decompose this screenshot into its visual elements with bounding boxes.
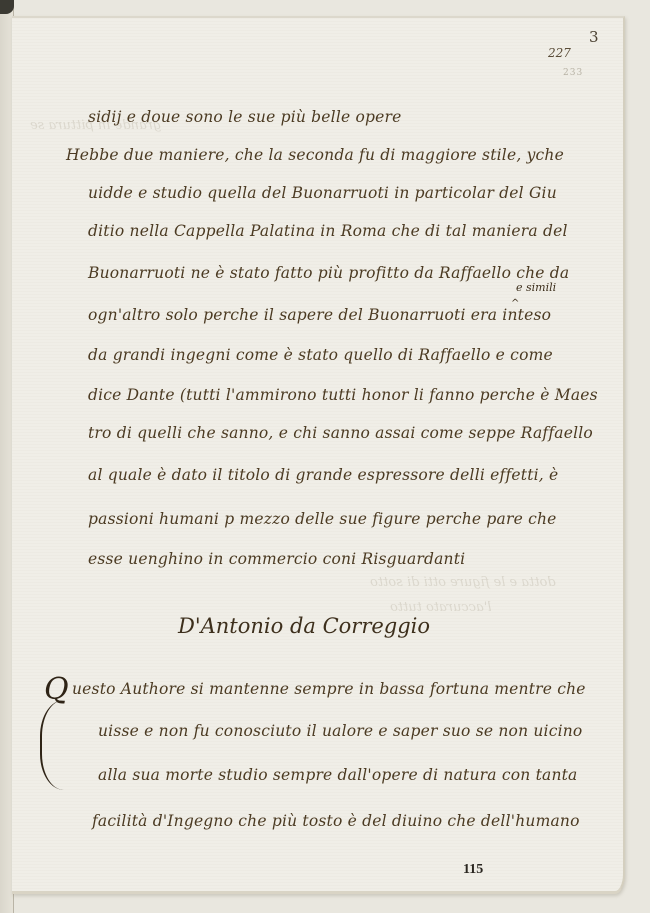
- section-heading: D'Antonio da Correggio: [178, 614, 430, 638]
- text-line: ditio nella Cappella Palatina in Roma ch…: [88, 222, 568, 240]
- text-line: uesto Authore si mantenne sempre in bass…: [72, 680, 586, 698]
- folio-number: 3: [589, 28, 599, 46]
- text-line: uidde e studio quella del Buonarruoti in…: [88, 184, 557, 202]
- archive-stamp-number: 115: [463, 862, 483, 878]
- old-folio-number: 227: [548, 46, 571, 60]
- bleed-through-text: l'accurato tutto: [390, 600, 491, 615]
- text-line: dice Dante (tutti l'ammirono tutti honor…: [88, 386, 598, 404]
- faint-folio-number: 233: [563, 68, 583, 78]
- text-line: tro di quelli che sanno, e chi sanno ass…: [88, 424, 593, 442]
- text-line: Buonarruoti ne è stato fatto più profitt…: [88, 264, 569, 282]
- text-line: da grandi ingegni come è stato quello di…: [88, 346, 553, 364]
- text-line: uisse e non fu conosciuto il ualore e sa…: [98, 722, 582, 740]
- text-line: sidij e doue sono le sue più belle opere: [88, 108, 402, 126]
- text-line: al quale è dato il titolo di grande espr…: [88, 466, 558, 484]
- bleed-through-text: dotta e le figure otti di sotto: [370, 575, 556, 590]
- text-line: facilità d'Ingegno che più tosto è del d…: [92, 812, 580, 830]
- manuscript-scan: grande in pittura se dotta e le figure o…: [0, 0, 650, 913]
- text-line: passioni humani p mezzo delle sue figure…: [88, 510, 557, 528]
- text-line: ogn'altro solo perche il sapere del Buon…: [88, 306, 551, 324]
- interlinear-insertion: e simili: [516, 281, 556, 294]
- text-line: alla sua morte studio sempre dall'opere …: [98, 766, 578, 784]
- text-line: esse uenghino in commercio coni Risguard…: [88, 550, 465, 568]
- text-line: Hebbe due maniere, che la seconda fu di …: [66, 146, 564, 164]
